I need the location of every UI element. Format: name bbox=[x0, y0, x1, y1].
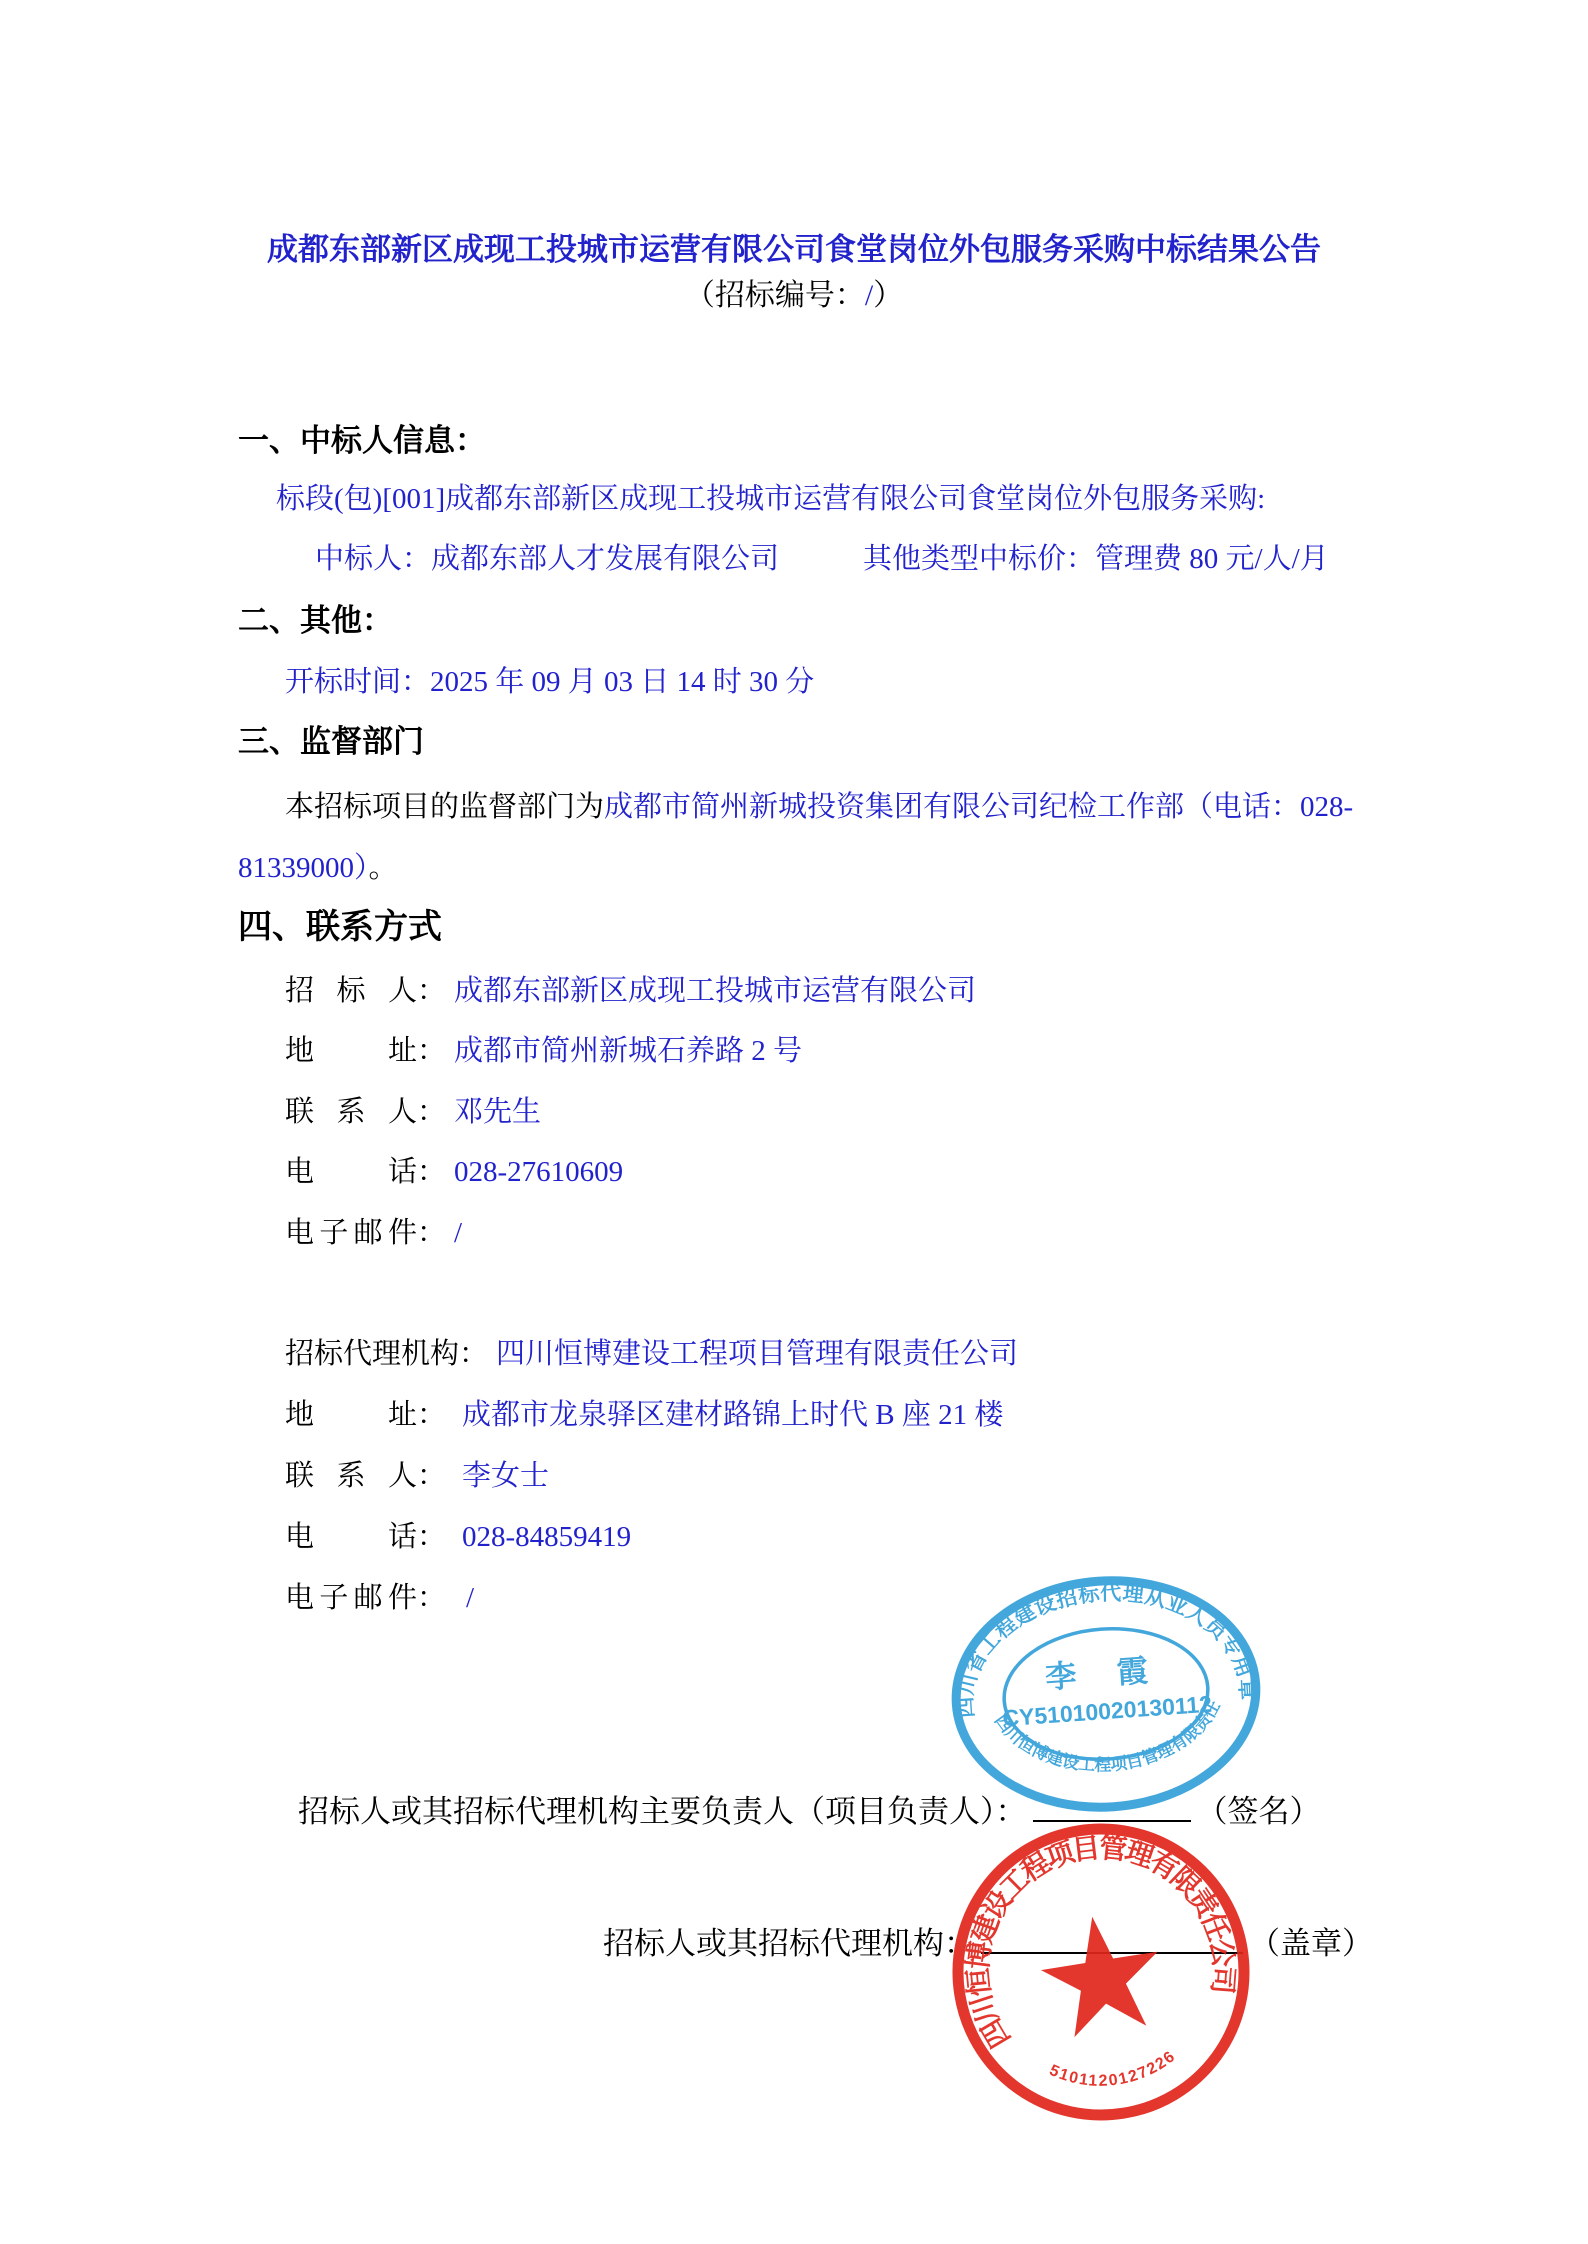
tender-number-suffix: ） bbox=[873, 279, 903, 312]
agency-phone-value: 028-84859419 bbox=[462, 1521, 631, 1553]
red-stamp-number: 5101120127226 bbox=[1045, 2042, 1184, 2099]
colon: ： bbox=[417, 1096, 446, 1128]
tenderer-contact-value: 邓先生 bbox=[454, 1096, 541, 1128]
section1-heading: 一、中标人信息： bbox=[238, 419, 486, 463]
colon: ： bbox=[417, 975, 446, 1007]
colon: ： bbox=[417, 1035, 446, 1067]
agency-email-label: 电子邮件 bbox=[285, 1576, 417, 1620]
tenderer-email-row: 电子邮件：/ bbox=[285, 1211, 462, 1255]
tenderer-address-row: 地址：成都市简州新城石养路 2 号 bbox=[285, 1029, 802, 1073]
blue-stamp-inner-ring bbox=[1000, 1622, 1213, 1766]
agency-contact-row: 联系人：李女士 bbox=[285, 1454, 549, 1498]
agency-contact-value: 李女士 bbox=[462, 1460, 549, 1492]
lot-line: 标段(包)[001]成都东部新区成现工投城市运营有限公司食堂岗位外包服务采购: bbox=[276, 477, 1265, 521]
agency-address-label: 地址 bbox=[285, 1393, 417, 1437]
tender-number-line: （招标编号：/） bbox=[0, 274, 1588, 318]
blue-stamp-outer-ring bbox=[948, 1572, 1263, 1816]
supervision-blue: 成都市简州新城投资集团有限公司纪检工作部（电话：028- bbox=[604, 791, 1353, 823]
agency-contact-label: 联系人 bbox=[285, 1454, 417, 1498]
colon: ： bbox=[417, 1582, 446, 1614]
winner-price: 其他类型中标价：管理费 80 元/人/月 bbox=[863, 543, 1329, 575]
colon: ： bbox=[417, 1460, 446, 1492]
agency-address-row: 地址：成都市龙泉驿区建材路锦上时代 B 座 21 楼 bbox=[285, 1393, 1003, 1437]
agency-value: 四川恒博建设工程项目管理有限责任公司 bbox=[496, 1338, 1018, 1370]
colon: ： bbox=[417, 1399, 446, 1431]
agency-address-value: 成都市龙泉驿区建材路锦上时代 B 座 21 楼 bbox=[462, 1399, 1003, 1431]
seal-line: 招标人或其招标代理机构：（盖章） bbox=[603, 1918, 1373, 1962]
winner-line: 中标人：成都东部人才发展有限公司其他类型中标价：管理费 80 元/人/月 bbox=[315, 537, 1329, 581]
tenderer-value: 成都东部新区成现工投城市运营有限公司 bbox=[454, 975, 976, 1007]
tenderer-contact-row: 联系人：邓先生 bbox=[285, 1090, 541, 1134]
winner-text: 中标人：成都东部人才发展有限公司 bbox=[315, 543, 779, 575]
agency-row: 招标代理机构：四川恒博建设工程项目管理有限责任公司 bbox=[285, 1332, 1018, 1376]
tenderer-row: 招标人：成都东部新区成现工投城市运营有限公司 bbox=[285, 969, 976, 1013]
tenderer-email-value: / bbox=[454, 1217, 462, 1249]
colon: ： bbox=[417, 1156, 446, 1188]
red-company-stamp: 四川恒博建设工程项目管理有限责任公司 5101120127226 bbox=[938, 1820, 1268, 2136]
page-title: 成都东部新区成现工投城市运营有限公司食堂岗位外包服务采购中标结果公告 bbox=[0, 228, 1588, 272]
blue-stamp-code: CY51010020130112 bbox=[1002, 1691, 1213, 1732]
agency-email-row: 电子邮件：/ bbox=[285, 1576, 474, 1620]
section4-heading: 四、联系方式 bbox=[238, 905, 442, 949]
tender-number-value: / bbox=[865, 279, 873, 312]
seal-suffix: （盖章） bbox=[1249, 1926, 1373, 1961]
agency-email-value: / bbox=[466, 1582, 474, 1614]
tenderer-label: 招标人 bbox=[285, 969, 417, 1013]
tenderer-address-value: 成都市简州新城石养路 2 号 bbox=[454, 1035, 802, 1067]
signature-line: 招标人或其招标代理机构主要负责人（项目负责人）：（签名） bbox=[298, 1786, 1321, 1830]
colon: ： bbox=[417, 1521, 446, 1553]
seal-blank bbox=[981, 1918, 1243, 1954]
agency-phone-label: 电话 bbox=[285, 1515, 417, 1559]
blue-stamp-bottom-text: 四川恒博建设工程项目管理有限责任公司 bbox=[945, 1572, 1228, 1786]
blue-agent-stamp: 四川省工程建设招标代理从业人员专用章 李 霞 CY51010020130112 … bbox=[945, 1572, 1267, 1816]
bid-opening-time: 开标时间：2025 年 09 月 03 日 14 时 30 分 bbox=[285, 660, 814, 704]
signature-prefix: 招标人或其招标代理机构主要负责人（项目负责人）： bbox=[298, 1794, 1027, 1829]
signature-blank bbox=[1033, 1786, 1191, 1822]
document-page: 成都东部新区成现工投城市运营有限公司食堂岗位外包服务采购中标结果公告 （招标编号… bbox=[0, 0, 1588, 2244]
tenderer-phone-row: 电话：028-27610609 bbox=[285, 1150, 623, 1194]
section3-heading: 三、监督部门 bbox=[238, 720, 424, 764]
tenderer-contact-label: 联系人 bbox=[285, 1090, 417, 1134]
red-stamp-ring bbox=[938, 1820, 1265, 2136]
agency-phone-row: 电话：028-84859419 bbox=[285, 1515, 631, 1559]
colon: ： bbox=[417, 1217, 446, 1249]
tenderer-address-label: 地址 bbox=[285, 1029, 417, 1073]
supervision-period: 。 bbox=[369, 852, 398, 884]
agency-label: 招标代理机构 bbox=[285, 1332, 459, 1376]
supervision-line-1: 本招标项目的监督部门为成都市简州新城投资集团有限公司纪检工作部（电话：028- bbox=[285, 785, 1353, 829]
section2-heading: 二、其他： bbox=[238, 599, 393, 643]
tender-number-prefix: （招标编号： bbox=[685, 279, 865, 312]
tenderer-phone-value: 028-27610609 bbox=[454, 1156, 623, 1188]
supervision-line-2: 81339000）。 bbox=[238, 846, 398, 890]
tenderer-email-label: 电子邮件 bbox=[285, 1211, 417, 1255]
colon: ： bbox=[459, 1338, 488, 1370]
supervision-black: 本招标项目的监督部门为 bbox=[285, 791, 604, 823]
seal-prefix: 招标人或其招标代理机构： bbox=[603, 1926, 975, 1961]
blue-stamp-top-text: 四川省工程建设招标代理从业人员专用章 bbox=[946, 1572, 1259, 1721]
supervision-phone-rest: 81339000） bbox=[238, 852, 369, 884]
blue-stamp-name: 李 霞 bbox=[1044, 1652, 1165, 1695]
signature-suffix: （签名） bbox=[1197, 1794, 1321, 1829]
tenderer-phone-label: 电话 bbox=[285, 1150, 417, 1194]
